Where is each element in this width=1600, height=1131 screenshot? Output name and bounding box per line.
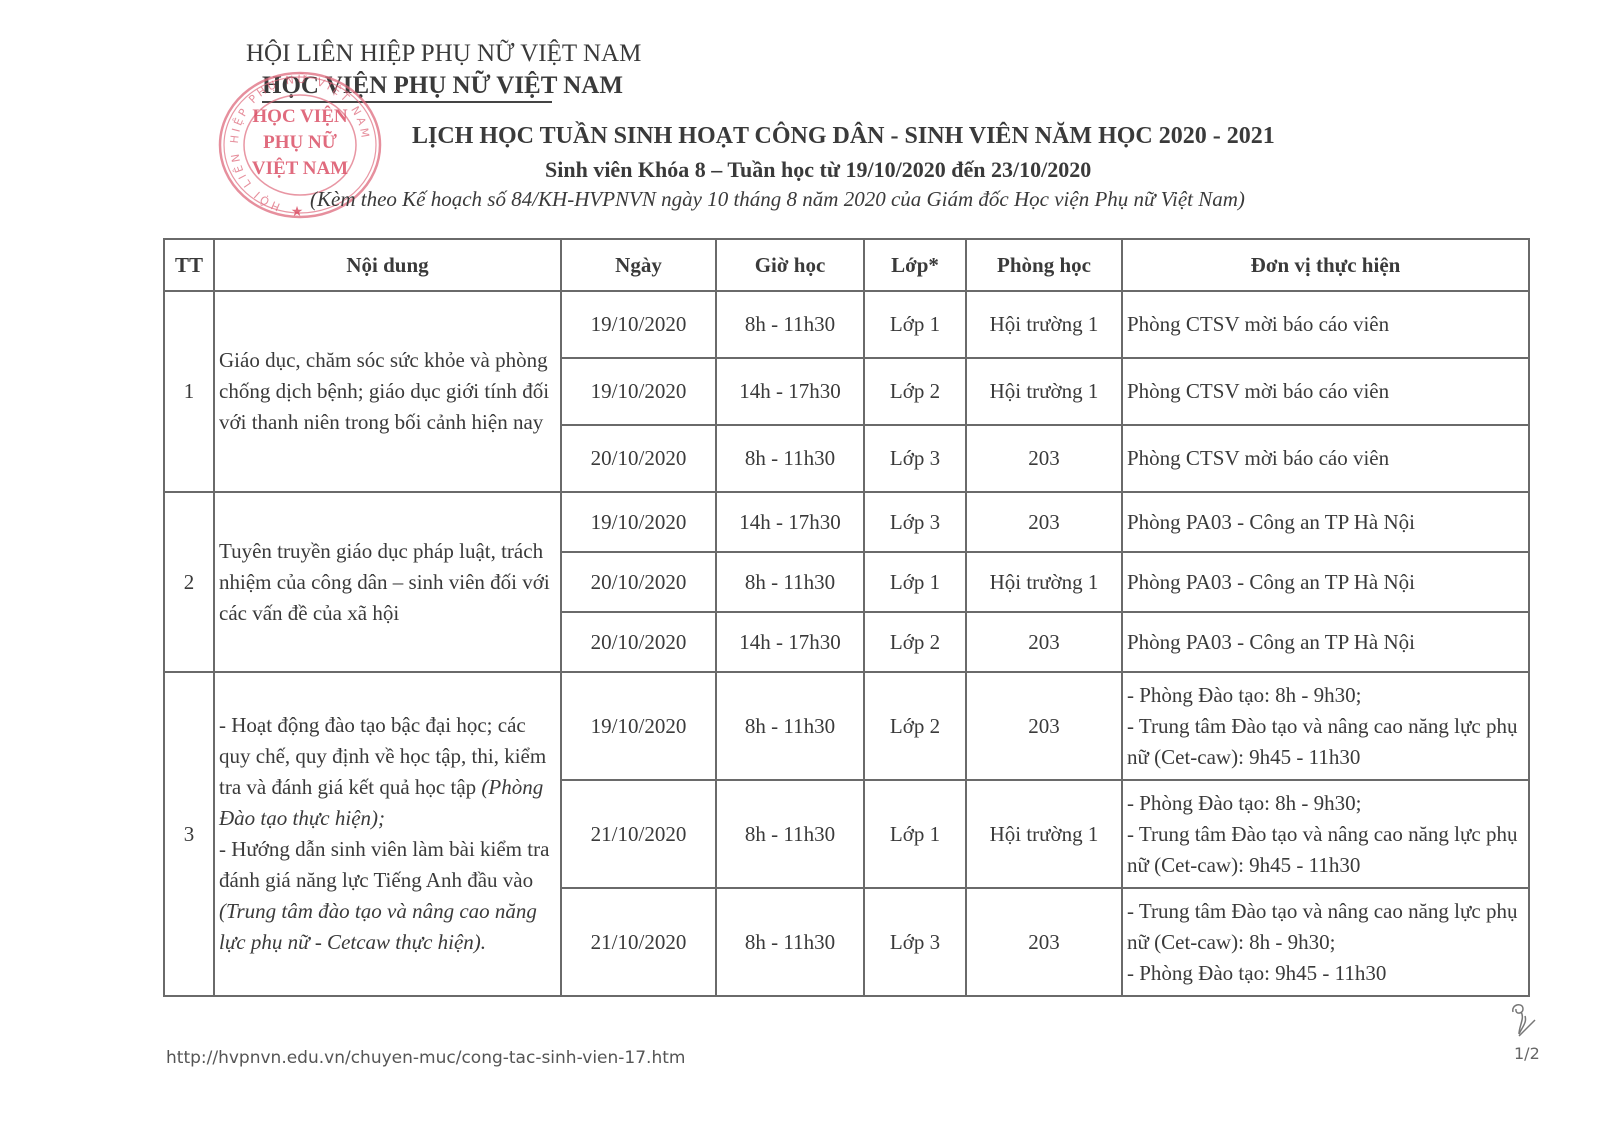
cell-time: 14h - 17h30 [716,492,864,552]
cell-time: 14h - 17h30 [716,612,864,672]
cell-time: 8h - 11h30 [716,780,864,888]
content-part: - Hướng dẫn sinh viên làm bài kiểm tra đ… [219,837,549,892]
cell-date: 20/10/2020 [561,612,716,672]
cell-date: 20/10/2020 [561,425,716,492]
document-subtitle: Sinh viên Khóa 8 – Tuần học từ 19/10/202… [545,157,1091,183]
cell-class: Lớp 2 [864,672,966,780]
table-header-row: TT Nội dung Ngày Giờ học Lớp* Phòng học … [164,239,1529,291]
table-row: 2 Tuyên truyền giáo dục pháp luật, trách… [164,492,1529,552]
col-header-unit: Đơn vị thực hiện [1122,239,1529,291]
col-header-time: Giờ học [716,239,864,291]
cell-time: 8h - 11h30 [716,425,864,492]
col-header-tt: TT [164,239,214,291]
col-header-class: Lớp* [864,239,966,291]
cell-unit: Phòng CTSV mời báo cáo viên [1122,425,1529,492]
svg-text:★: ★ [291,205,304,220]
cell-room: 203 [966,492,1122,552]
cell-class: Lớp 2 [864,612,966,672]
cell-time: 8h - 11h30 [716,291,864,358]
document-title: LỊCH HỌC TUẦN SINH HOẠT CÔNG DÂN - SINH … [412,123,1275,150]
col-header-content: Nội dung [214,239,561,291]
cell-class: Lớp 3 [864,492,966,552]
cell-room: Hội trường 1 [966,291,1122,358]
cell-date: 19/10/2020 [561,672,716,780]
cell-date: 19/10/2020 [561,492,716,552]
cell-unit: - Phòng Đào tạo: 8h - 9h30; - Trung tâm … [1122,780,1529,888]
cell-content: Giáo dục, chăm sóc sức khỏe và phòng chố… [214,291,561,492]
cell-room: Hội trường 1 [966,780,1122,888]
org-parent: HỘI LIÊN HIỆP PHỤ NỮ VIỆT NAM [246,40,641,68]
cell-room: Hội trường 1 [966,358,1122,425]
cell-time: 8h - 11h30 [716,552,864,612]
signature-initials-icon [1505,1000,1545,1045]
col-header-date: Ngày [561,239,716,291]
cell-unit: Phòng PA03 - Công an TP Hà Nội [1122,492,1529,552]
cell-date: 19/10/2020 [561,291,716,358]
unit-line: - Trung tâm Đào tạo và nâng cao năng lực… [1127,711,1524,773]
cell-unit: Phòng PA03 - Công an TP Hà Nội [1122,552,1529,612]
cell-date: 21/10/2020 [561,888,716,996]
cell-time: 14h - 17h30 [716,358,864,425]
svg-text:VIỆT NAM: VIỆT NAM [252,157,348,179]
footer-url: http://hvpnvn.edu.vn/chuyen-muc/cong-tac… [166,1048,685,1068]
cell-content: - Hoạt động đào tạo bậc đại học; các quy… [214,672,561,996]
table-row: 1 Giáo dục, chăm sóc sức khỏe và phòng c… [164,291,1529,358]
svg-text:PHỤ NỮ: PHỤ NỮ [263,131,337,153]
cell-date: 21/10/2020 [561,780,716,888]
cell-room: 203 [966,612,1122,672]
unit-line: - Trung tâm Đào tạo và nâng cao năng lực… [1127,896,1524,958]
unit-line: - Phòng Đào tạo: 8h - 9h30; [1127,788,1524,819]
cell-room: 203 [966,672,1122,780]
cell-class: Lớp 1 [864,291,966,358]
cell-unit: - Trung tâm Đào tạo và nâng cao năng lực… [1122,888,1529,996]
cell-time: 8h - 11h30 [716,888,864,996]
cell-unit: Phòng CTSV mời báo cáo viên [1122,291,1529,358]
cell-date: 20/10/2020 [561,552,716,612]
schedule-table: TT Nội dung Ngày Giờ học Lớp* Phòng học … [163,238,1530,997]
cell-time: 8h - 11h30 [716,672,864,780]
cell-class: Lớp 2 [864,358,966,425]
cell-tt: 3 [164,672,214,996]
unit-line: - Trung tâm Đào tạo và nâng cao năng lực… [1127,819,1524,881]
cell-room: 203 [966,888,1122,996]
cell-class: Lớp 3 [864,888,966,996]
cell-room: 203 [966,425,1122,492]
svg-text:HỌC VIỆN: HỌC VIỆN [252,105,347,127]
cell-date: 19/10/2020 [561,358,716,425]
cell-tt: 2 [164,492,214,672]
cell-content: Tuyên truyền giáo dục pháp luật, trách n… [214,492,561,672]
col-header-room: Phòng học [966,239,1122,291]
cell-unit: Phòng CTSV mời báo cáo viên [1122,358,1529,425]
table-row: 3 - Hoạt động đào tạo bậc đại học; các q… [164,672,1529,780]
cell-unit: - Phòng Đào tạo: 8h - 9h30; - Trung tâm … [1122,672,1529,780]
document-note: (Kèm theo Kế hoạch số 84/KH-HVPNVN ngày … [310,187,1245,212]
cell-class: Lớp 1 [864,780,966,888]
cell-unit: Phòng PA03 - Công an TP Hà Nội [1122,612,1529,672]
cell-tt: 1 [164,291,214,492]
content-part-italic: (Trung tâm đào tạo và nâng cao năng lực … [219,899,537,954]
unit-line: - Phòng Đào tạo: 9h45 - 11h30 [1127,958,1524,989]
cell-class: Lớp 1 [864,552,966,612]
cell-room: Hội trường 1 [966,552,1122,612]
cell-class: Lớp 3 [864,425,966,492]
page-number: 1/2 [1514,1044,1540,1063]
unit-line: - Phòng Đào tạo: 8h - 9h30; [1127,680,1524,711]
